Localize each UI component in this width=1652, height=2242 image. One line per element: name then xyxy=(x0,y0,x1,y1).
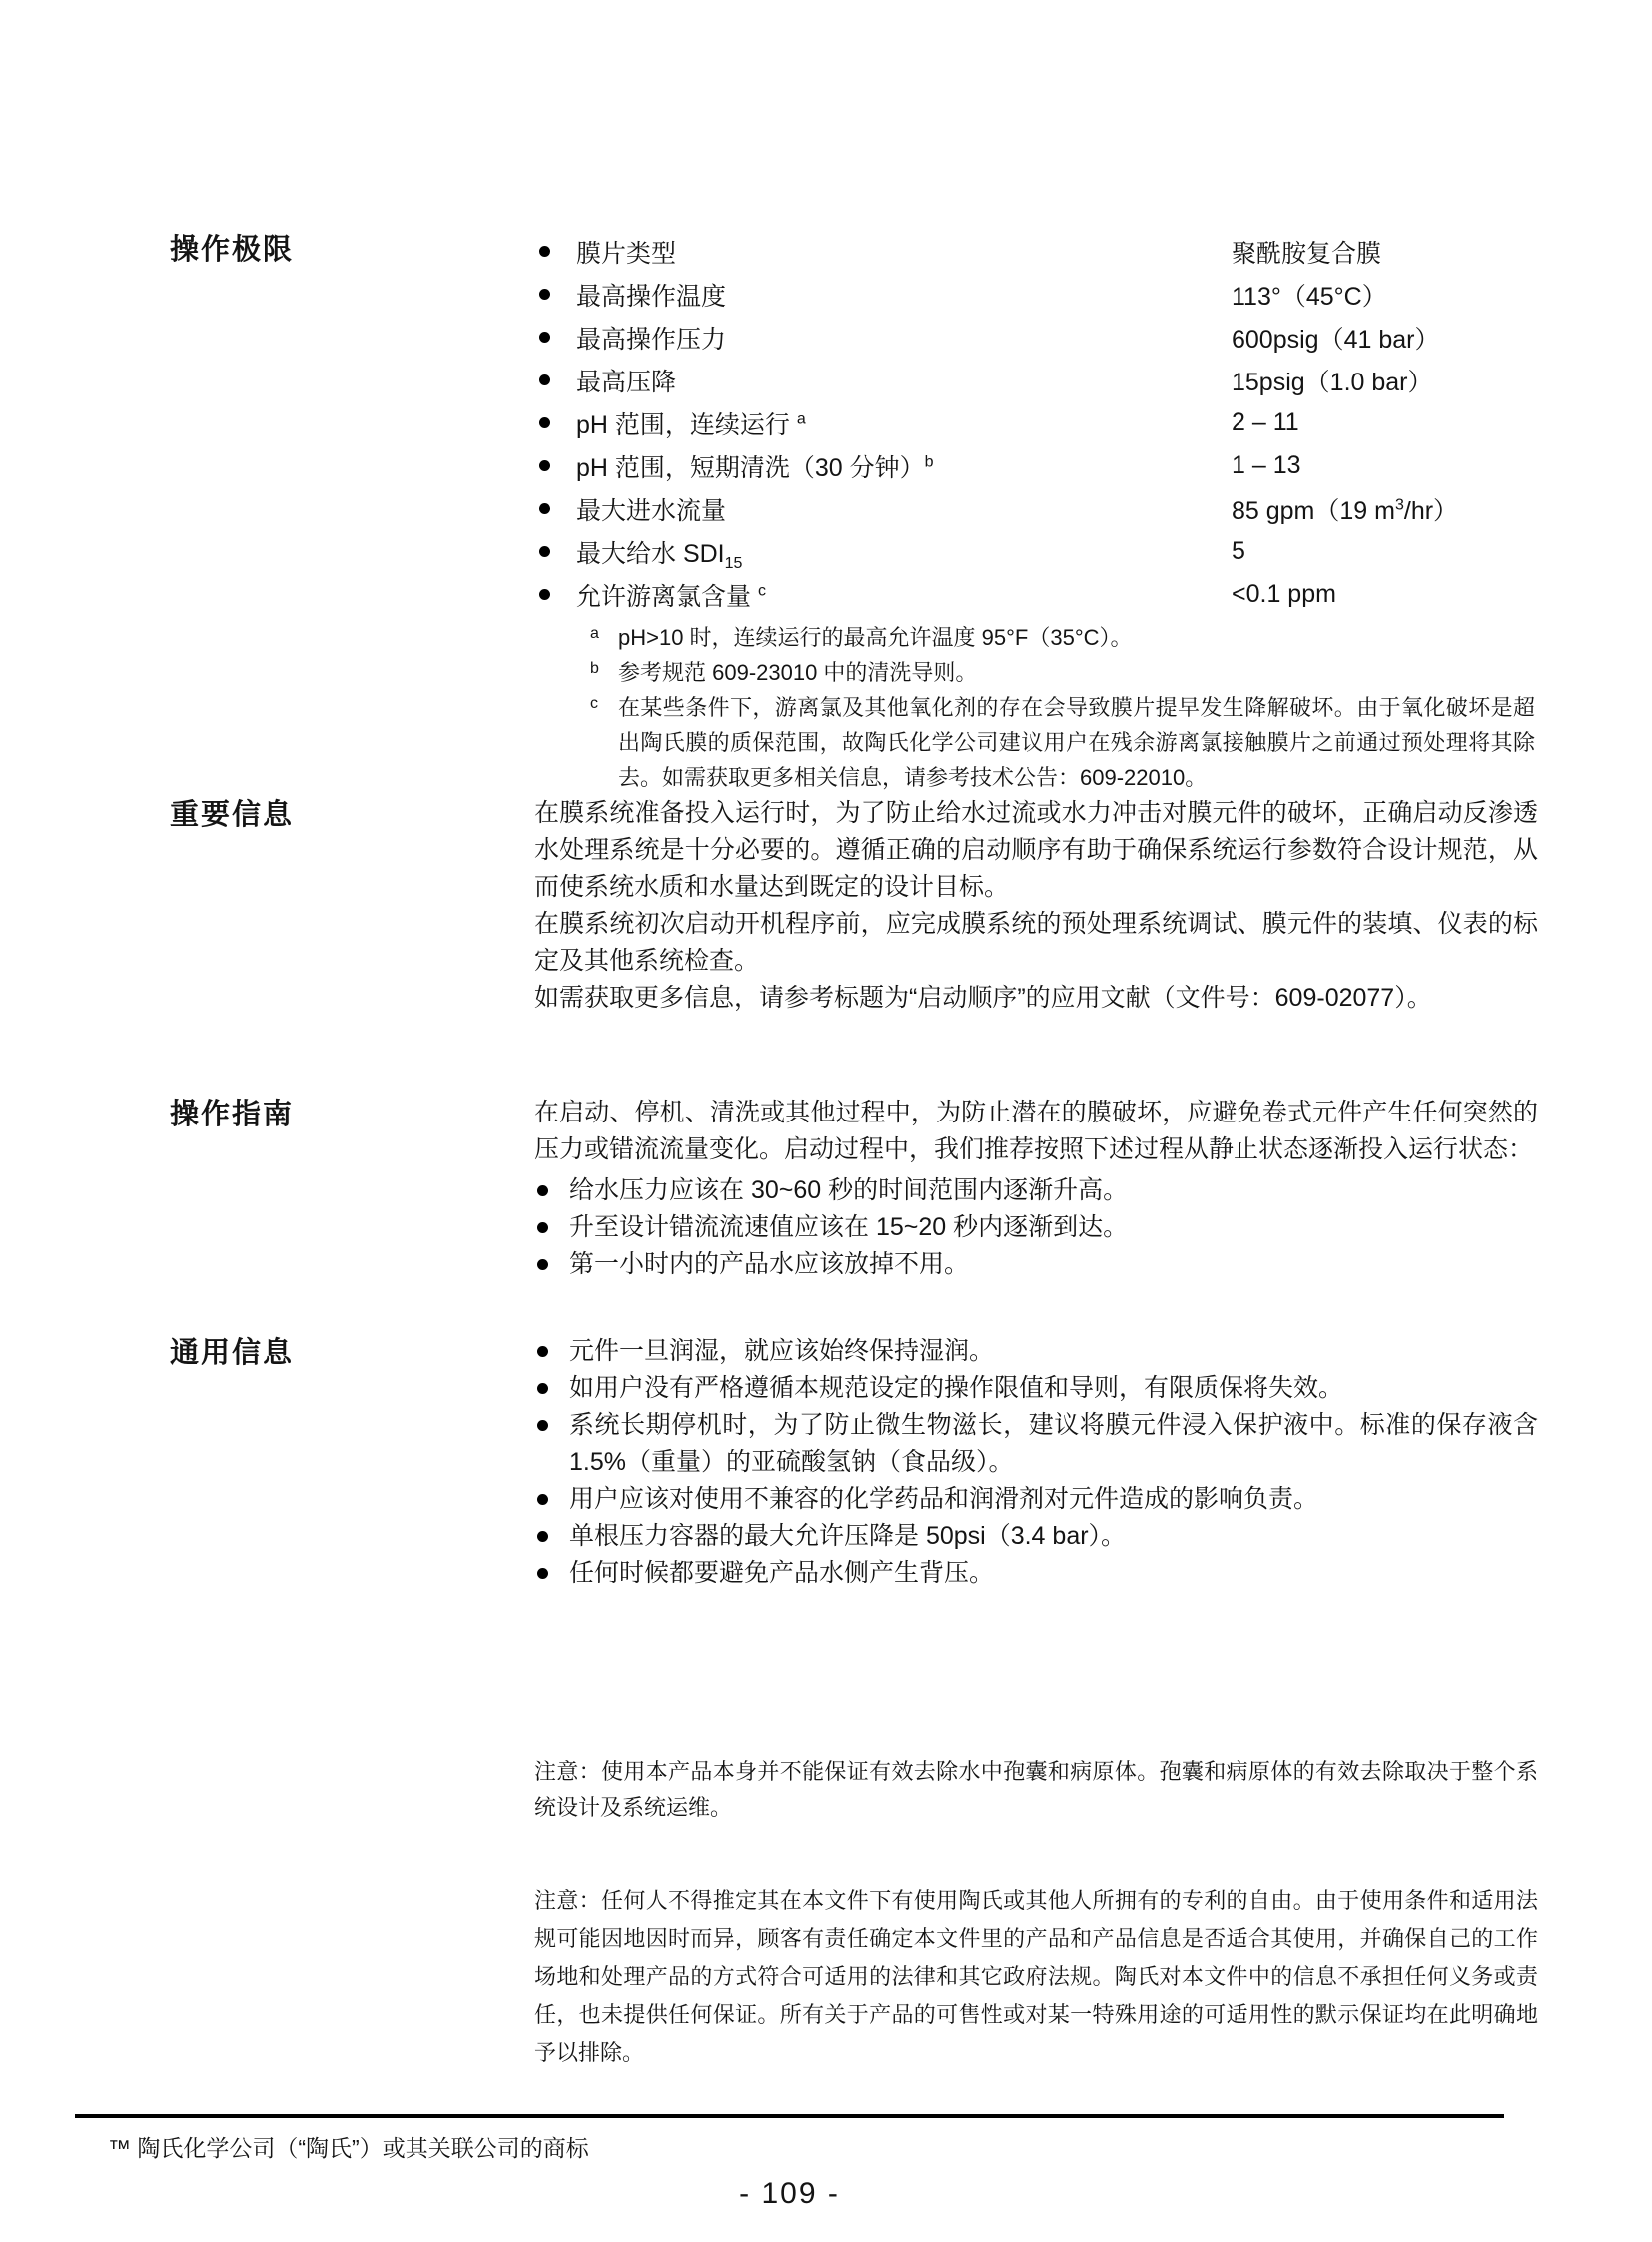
bullet-icon xyxy=(539,289,550,300)
footnote: a pH>10 时，连续运行的最高允许温度 95°F（35°C）。 xyxy=(534,620,1538,655)
spec-label: 最大给水 SDI15 xyxy=(576,534,1232,570)
paragraph: 在膜系统准备投入运行时，为了防止给水过流或水力冲击对膜元件的破坏，正确启动反渗透… xyxy=(534,795,1538,906)
note: 注意：使用本产品本身并不能保证有效去除水中孢囊和病原体。孢囊和病原体的有效去除取… xyxy=(534,1754,1538,1826)
spec-row: 最高操作温度 113°（45°C） xyxy=(534,273,1538,316)
spec-label-text: 允许游离氯含量 xyxy=(576,583,758,611)
bullet-icon xyxy=(537,1420,548,1431)
section-operation-guide: 操作指南 在启动、停机、清洗或其他过程中，为防止潜在的膜破坏，应避免卷式元件产生… xyxy=(170,1095,1538,1283)
spec-label-sup: b xyxy=(925,453,934,470)
spec-value: 113°（45°C） xyxy=(1232,277,1538,313)
spec-label-text: 最高操作压力 xyxy=(576,326,726,354)
bullet-icon xyxy=(539,374,550,385)
spec-label: 最大进水流量 xyxy=(576,491,1232,527)
spec-value-text: 1 – 13 xyxy=(1232,451,1301,479)
spec-label-sup: c xyxy=(758,582,766,599)
footnote-text: pH>10 时，连续运行的最高允许温度 95°F（35°C）。 xyxy=(618,620,1535,655)
notes-block: 注意：使用本产品本身并不能保证有效去除水中孢囊和病原体。孢囊和病原体的有效去除取… xyxy=(170,1754,1538,2072)
list-item: 元件一旦润湿，就应该始终保持湿润。 xyxy=(534,1333,1538,1370)
bullet-icon xyxy=(537,1568,548,1579)
bullet-icon xyxy=(539,503,550,514)
notes-content: 注意：使用本产品本身并不能保证有效去除水中孢囊和病原体。孢囊和病原体的有效去除取… xyxy=(534,1754,1538,2072)
spec-label: pH 范围，连续运行 a xyxy=(576,405,1232,441)
footnote-text: 在某些条件下，游离氯及其他氧化剂的存在会导致膜片提早发生降解破坏。由于氧化破坏是… xyxy=(618,690,1535,795)
bullet-icon xyxy=(537,1346,548,1357)
spec-row: 允许游离氯含量 c <0.1 ppm xyxy=(534,573,1538,616)
spec-value-text: 113°（45°C） xyxy=(1232,283,1387,311)
list-item-text: 第一小时内的产品水应该放掉不用。 xyxy=(569,1246,1538,1283)
spec-value-sup: 3 xyxy=(1395,496,1404,513)
section-title-operation-guide: 操作指南 xyxy=(170,1095,534,1283)
list-item-text: 用户应该对使用不兼容的化学药品和润滑剂对元件造成的影响负责。 xyxy=(569,1481,1538,1518)
spec-value-text: 85 gpm（19 m xyxy=(1232,497,1395,525)
list-item-text: 元件一旦润湿，就应该始终保持湿润。 xyxy=(569,1333,1538,1370)
spec-value-text: 5 xyxy=(1232,537,1245,565)
list-item: 升至设计错流流速值应该在 15~20 秒内逐渐到达。 xyxy=(534,1209,1538,1246)
list-item: 如用户没有严格遵循本规范设定的操作限值和导则，有限质保将失效。 xyxy=(534,1370,1538,1407)
bullet-icon xyxy=(539,417,550,428)
spec-value-text: 600psig（41 bar） xyxy=(1232,326,1439,354)
spec-label: 最高操作压力 xyxy=(576,320,1232,356)
spec-label-sub: 15 xyxy=(725,555,743,572)
operation-guide-content: 在启动、停机、清洗或其他过程中，为防止潜在的膜破坏，应避免卷式元件产生任何突然的… xyxy=(534,1095,1538,1283)
document-page: 操作极限 膜片类型 聚酰胺复合膜 最高操作温度 113°（45°C） 最高操作压… xyxy=(0,0,1652,2242)
spec-label: 允许游离氯含量 c xyxy=(576,577,1232,613)
list-item: 第一小时内的产品水应该放掉不用。 xyxy=(534,1246,1538,1283)
list-item-text: 给水压力应该在 30~60 秒的时间范围内逐渐升高。 xyxy=(569,1172,1538,1209)
general-info-content: 元件一旦润湿，就应该始终保持湿润。 如用户没有严格遵循本规范设定的操作限值和导则… xyxy=(534,1333,1538,1592)
bullet-icon xyxy=(537,1531,548,1542)
spec-value-text: 聚酰胺复合膜 xyxy=(1232,240,1381,268)
list-item-text: 如用户没有严格遵循本规范设定的操作限值和导则，有限质保将失效。 xyxy=(569,1370,1538,1407)
footer-rule xyxy=(75,2114,1504,2118)
bullet-icon xyxy=(537,1222,548,1233)
spec-label: 最高压降 xyxy=(576,363,1232,398)
section-general-info: 通用信息 元件一旦润湿，就应该始终保持湿润。 如用户没有严格遵循本规范设定的操作… xyxy=(170,1333,1538,1592)
spec-value: 5 xyxy=(1232,537,1538,566)
list-item: 系统长期停机时，为了防止微生物滋长，建议将膜元件浸入保护液中。标准的保存液含 1… xyxy=(534,1407,1538,1481)
page-footer: ™ 陶氏化学公司（“陶氏”）或其关联公司的商标 - 109 - xyxy=(75,2114,1504,2211)
list-item-text: 升至设计错流流速值应该在 15~20 秒内逐渐到达。 xyxy=(569,1209,1538,1246)
note: 注意：任何人不得推定其在本文件下有使用陶氏或其他人所拥有的专利的自由。由于使用条… xyxy=(534,1882,1538,2072)
spec-value-text: 2 – 11 xyxy=(1232,408,1299,436)
section-important-info: 重要信息 在膜系统准备投入运行时，为了防止给水过流或水力冲击对膜元件的破坏，正确… xyxy=(170,795,1538,1017)
spec-value-text: <0.1 ppm xyxy=(1232,580,1336,608)
footnote: c 在某些条件下，游离氯及其他氧化剂的存在会导致膜片提早发生降解破坏。由于氧化破… xyxy=(534,690,1538,795)
section-title-general-info: 通用信息 xyxy=(170,1333,534,1592)
spec-value: 15psig（1.0 bar） xyxy=(1232,363,1538,398)
section-operating-limits: 操作极限 膜片类型 聚酰胺复合膜 最高操作温度 113°（45°C） 最高操作压… xyxy=(170,230,1538,795)
spec-value: 85 gpm（19 m3/hr） xyxy=(1232,491,1538,527)
bullet-icon xyxy=(537,1494,548,1505)
spec-label: 最高操作温度 xyxy=(576,277,1232,313)
spec-row: pH 范围，短期清洗（30 分钟）b 1 – 13 xyxy=(534,444,1538,487)
spec-value: 600psig（41 bar） xyxy=(1232,320,1538,356)
spec-row: 膜片类型 聚酰胺复合膜 xyxy=(534,230,1538,273)
spec-row: 最大给水 SDI15 5 xyxy=(534,530,1538,573)
page-number: - 109 - xyxy=(75,2177,1504,2211)
list-item-text: 系统长期停机时，为了防止微生物滋长，建议将膜元件浸入保护液中。标准的保存液含 1… xyxy=(569,1407,1538,1481)
spec-label-sup: a xyxy=(797,410,806,427)
footnote: b 参考规范 609-23010 中的清洗导则。 xyxy=(534,655,1538,690)
spec-value: 聚酰胺复合膜 xyxy=(1232,234,1538,270)
spec-label-text: 最高操作温度 xyxy=(576,283,726,311)
spec-label-text: 最高压降 xyxy=(576,369,676,396)
spec-label: pH 范围，短期清洗（30 分钟）b xyxy=(576,448,1232,484)
spec-row: pH 范围，连续运行 a 2 – 11 xyxy=(534,401,1538,444)
footnote-marker: a xyxy=(590,616,618,651)
spec-value: 1 – 13 xyxy=(1232,451,1538,480)
spec-label-text: pH 范围，短期清洗（30 分钟） xyxy=(576,454,925,482)
spec-row: 最高操作压力 600psig（41 bar） xyxy=(534,316,1538,359)
important-info-content: 在膜系统准备投入运行时，为了防止给水过流或水力冲击对膜元件的破坏，正确启动反渗透… xyxy=(534,795,1538,1017)
spec-label-text: 最大给水 SDI xyxy=(576,540,725,568)
spec-value-tail: /hr） xyxy=(1404,497,1458,525)
paragraph: 如需获取更多信息，请参考标题为“启动顺序”的应用文献（文件号：609-02077… xyxy=(534,980,1538,1017)
spec-value: <0.1 ppm xyxy=(1232,580,1538,609)
bullet-icon xyxy=(539,246,550,257)
notes-spacer xyxy=(170,1754,534,2072)
paragraph: 在膜系统初次启动开机程序前，应完成膜系统的预处理系统调试、膜元件的装填、仪表的标… xyxy=(534,906,1538,980)
bullet-icon xyxy=(537,1185,548,1196)
spec-value: 2 – 11 xyxy=(1232,408,1538,437)
bullet-icon xyxy=(537,1259,548,1270)
bullet-icon xyxy=(539,546,550,557)
list-item: 用户应该对使用不兼容的化学药品和润滑剂对元件造成的影响负责。 xyxy=(534,1481,1538,1518)
bullet-icon xyxy=(537,1383,548,1394)
spec-row: 最高压降 15psig（1.0 bar） xyxy=(534,359,1538,401)
list-item: 单根压力容器的最大允许压降是 50psi（3.4 bar）。 xyxy=(534,1518,1538,1555)
list-item-text: 单根压力容器的最大允许压降是 50psi（3.4 bar）。 xyxy=(569,1518,1538,1555)
bullet-icon xyxy=(539,460,550,471)
list-item-text: 任何时候都要避免产品水侧产生背压。 xyxy=(569,1555,1538,1592)
footnote-marker: b xyxy=(590,651,618,686)
spec-label: 膜片类型 xyxy=(576,234,1232,270)
operation-guide-intro: 在启动、停机、清洗或其他过程中，为防止潜在的膜破坏，应避免卷式元件产生任何突然的… xyxy=(534,1095,1538,1168)
list-item: 给水压力应该在 30~60 秒的时间范围内逐渐升高。 xyxy=(534,1172,1538,1209)
spec-label-text: pH 范围，连续运行 xyxy=(576,411,797,439)
footnote-text: 参考规范 609-23010 中的清洗导则。 xyxy=(618,655,1535,690)
bullet-icon xyxy=(539,589,550,600)
section-title-important-info: 重要信息 xyxy=(170,795,534,1017)
operating-limits-content: 膜片类型 聚酰胺复合膜 最高操作温度 113°（45°C） 最高操作压力 600… xyxy=(534,230,1538,795)
bullet-icon xyxy=(539,332,550,343)
spec-label-text: 最大进水流量 xyxy=(576,497,726,525)
spec-row: 最大进水流量 85 gpm（19 m3/hr） xyxy=(534,487,1538,530)
operation-guide-bullets: 给水压力应该在 30~60 秒的时间范围内逐渐升高。 升至设计错流流速值应该在 … xyxy=(534,1172,1538,1283)
footnotes: a pH>10 时，连续运行的最高允许温度 95°F（35°C）。 b 参考规范… xyxy=(534,620,1538,795)
spec-label-text: 膜片类型 xyxy=(576,240,676,268)
spec-value-text: 15psig（1.0 bar） xyxy=(1232,369,1433,396)
list-item: 任何时候都要避免产品水侧产生背压。 xyxy=(534,1555,1538,1592)
footnote-marker: c xyxy=(590,686,618,791)
section-title-operating-limits: 操作极限 xyxy=(170,230,534,795)
trademark-note: ™ 陶氏化学公司（“陶氏”）或其关联公司的商标 xyxy=(75,2130,1504,2163)
